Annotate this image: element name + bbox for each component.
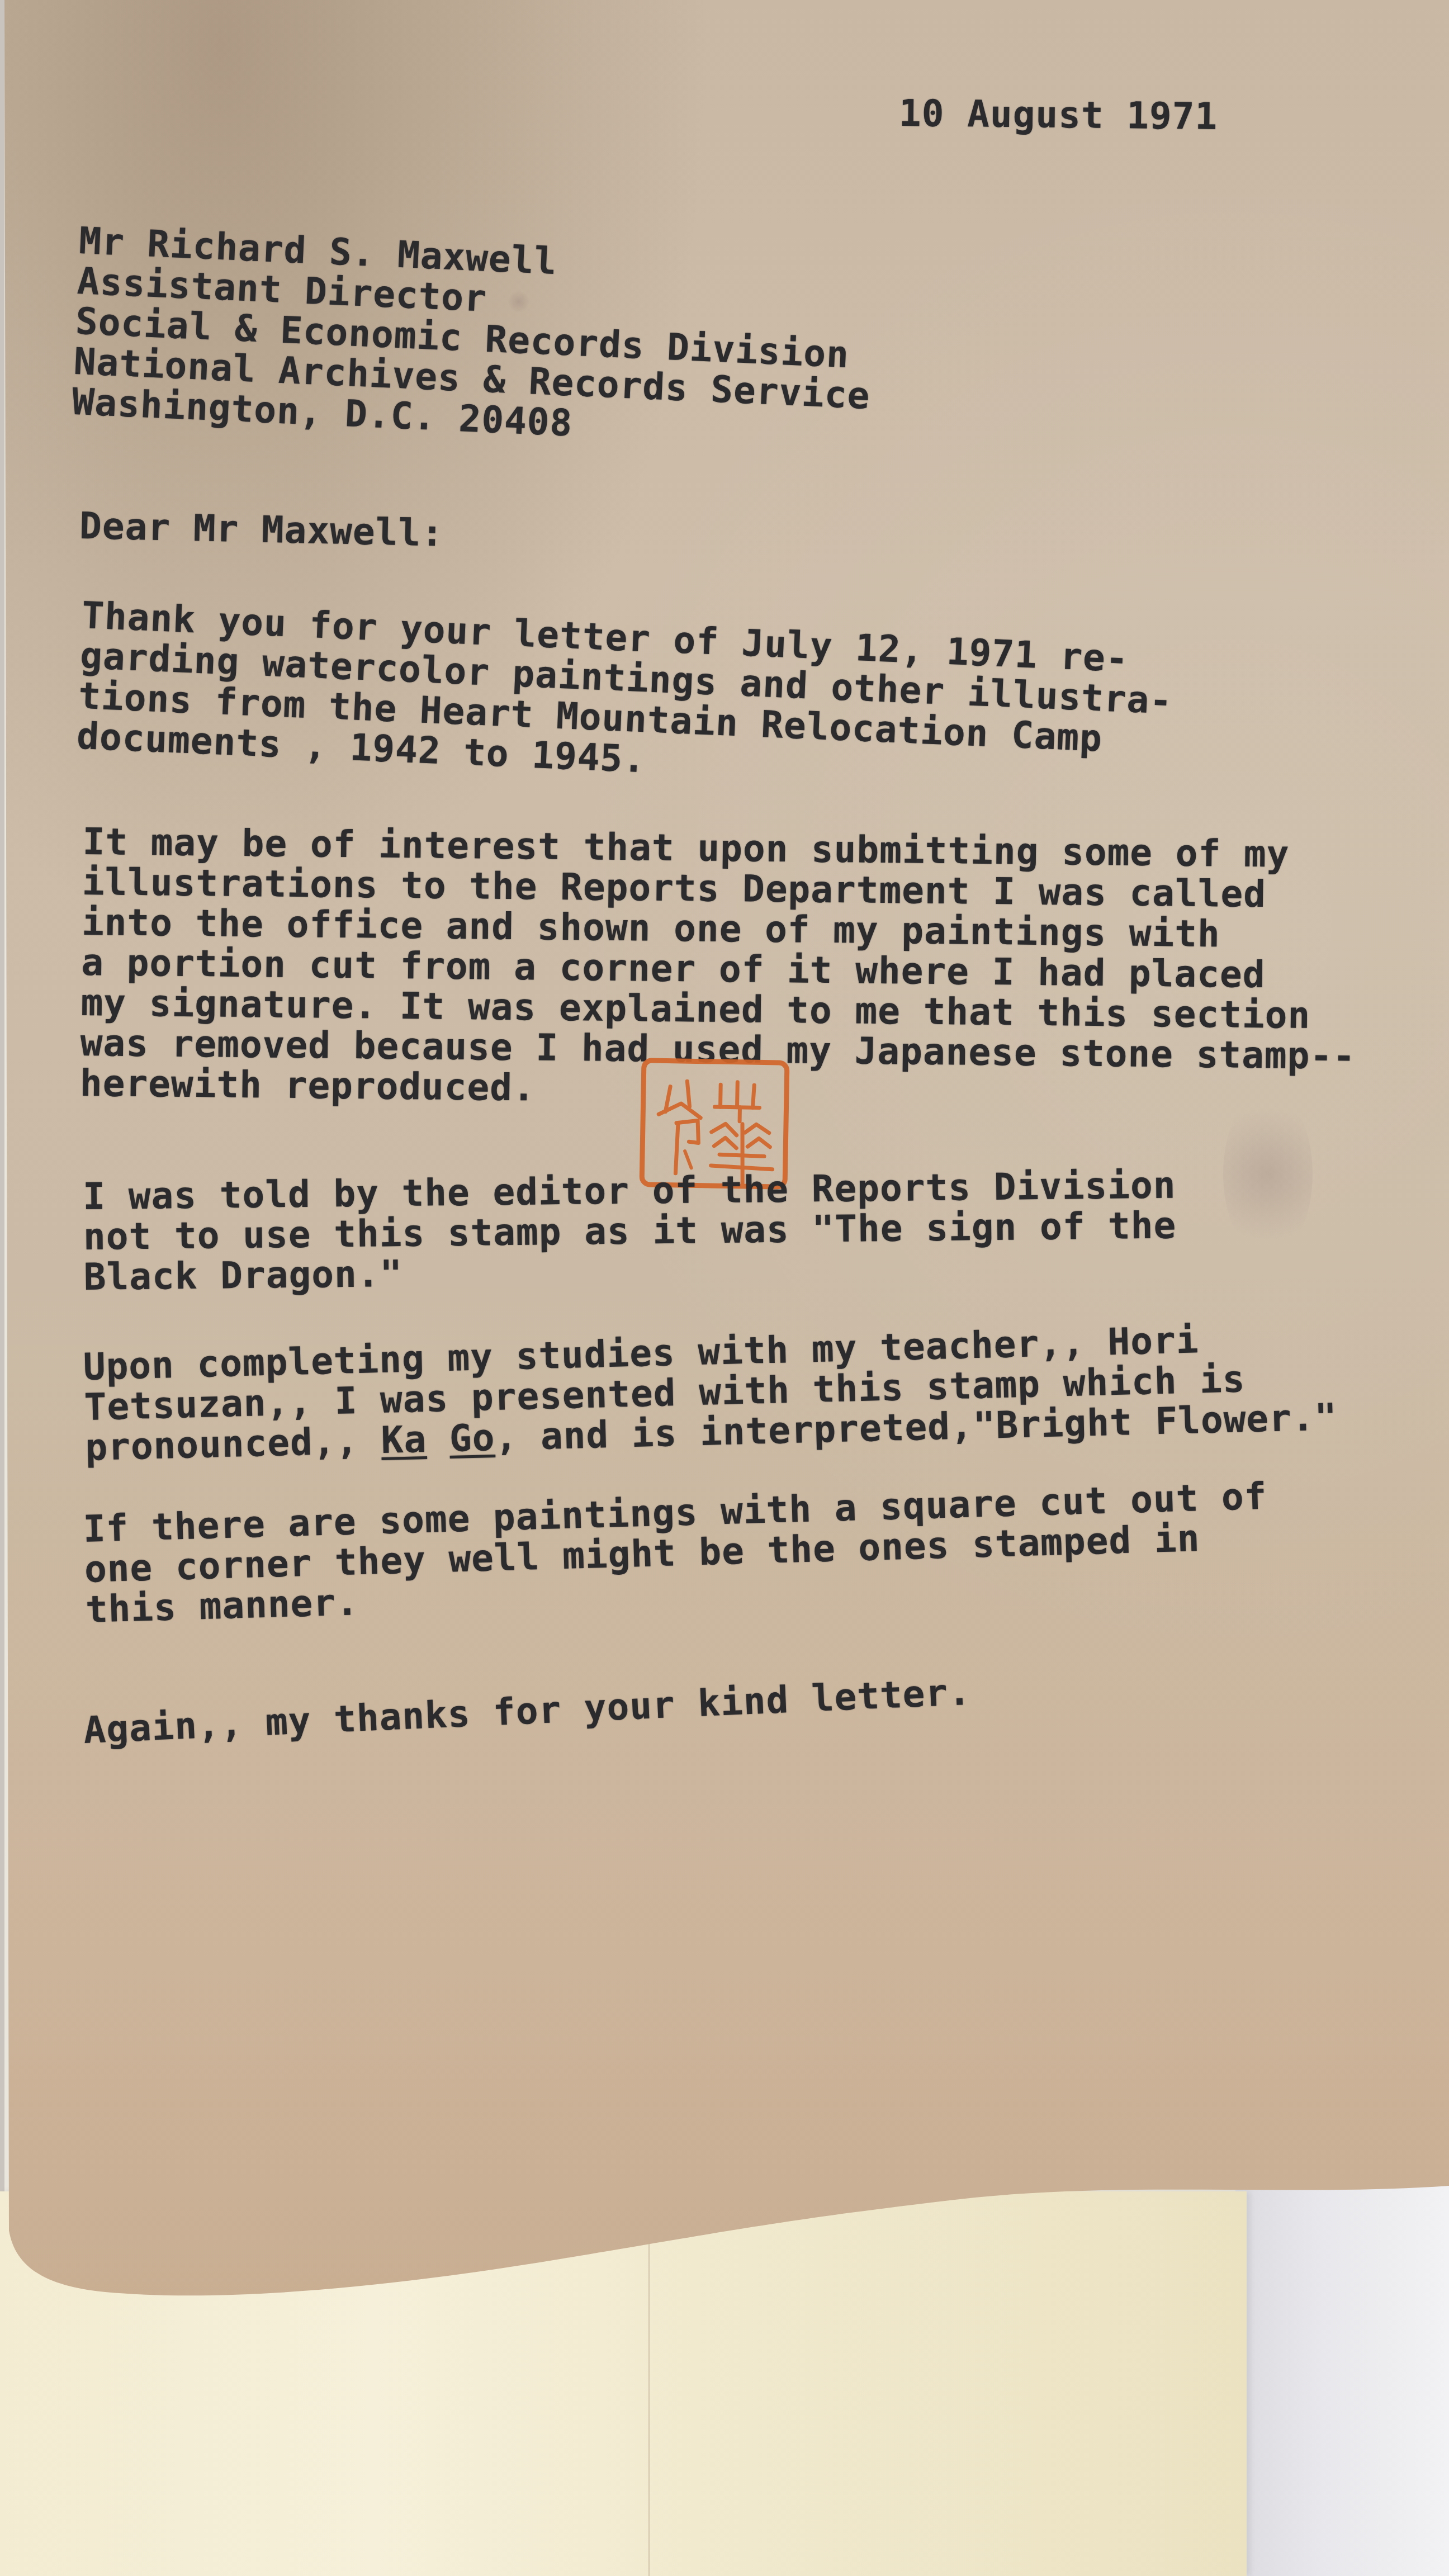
background-white-sheet [1235,2180,1449,2576]
background-edge [0,0,4,2208]
paragraph-1: Thank you for your letter of July 12, 19… [76,595,1175,802]
underlined-word-go: Go [449,1416,495,1460]
paragraph-line: Again,, my thanks for your kind letter. [83,1672,972,1751]
recipient-address-block: Mr Richard S. MaxwellAssistant DirectorS… [71,221,876,457]
text-fragment [426,1417,450,1461]
paragraph-4: Upon completing my studies with my teach… [83,1317,1338,1468]
paragraph-3: I was told by the editor of the Reports … [83,1166,1177,1298]
letter-date: 10 August 1971 [899,93,1218,137]
paragraph-line: Black Dragon." [84,1246,1177,1298]
paragraph-5: If there are some paintings with a squar… [83,1476,1270,1630]
salutation: Dear Mr Maxwell: [79,506,444,554]
folder-crease [648,2214,650,2576]
text-fragment: pronounced,, [84,1419,381,1469]
underlined-word-ka: Ka [381,1418,427,1462]
letter-sheet: 10 August 1971 Mr Richard S. MaxwellAssi… [4,0,1449,2309]
closing-line: Again,, my thanks for your kind letter. [83,1672,972,1751]
